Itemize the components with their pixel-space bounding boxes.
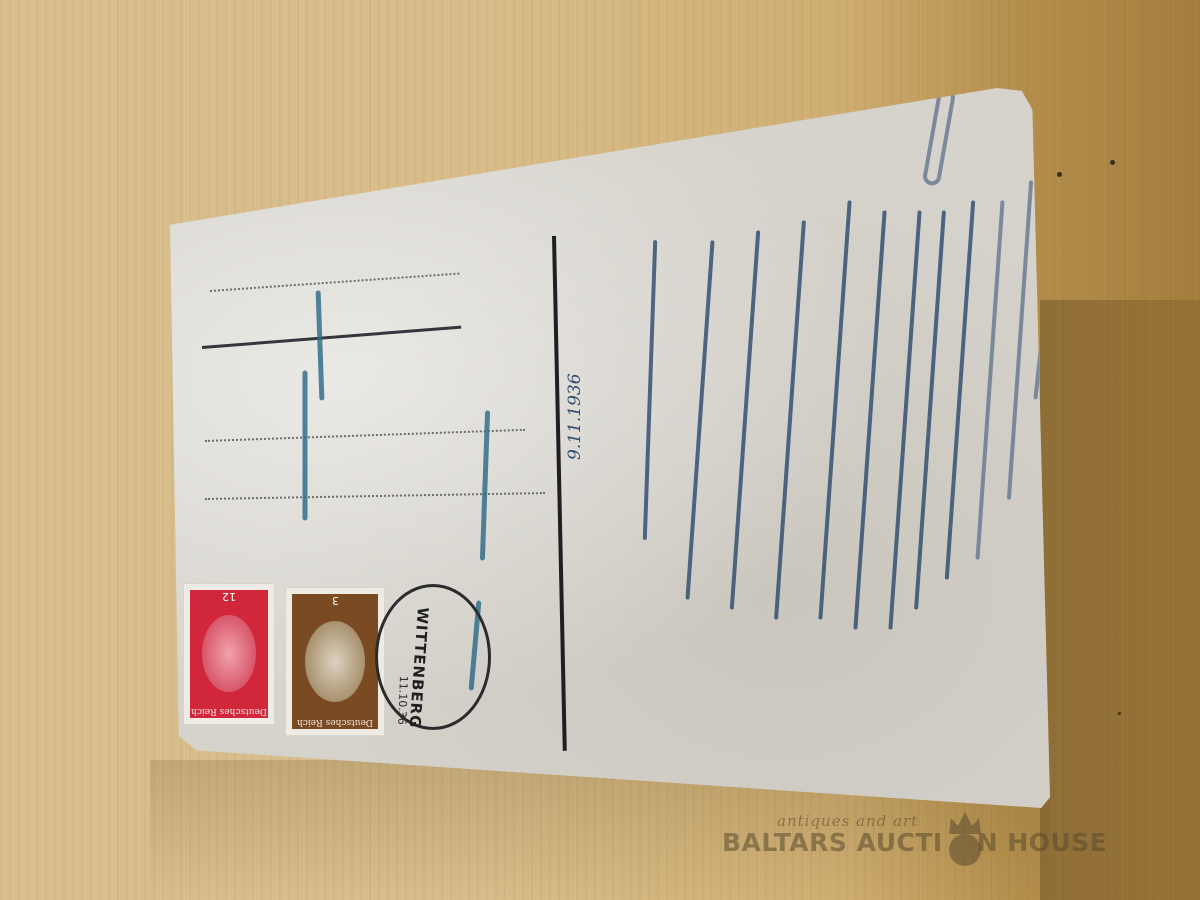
message-line bbox=[643, 240, 657, 540]
message-line bbox=[774, 220, 806, 619]
address-underline bbox=[202, 326, 461, 349]
message-line bbox=[975, 200, 1004, 559]
portrait-icon bbox=[202, 615, 257, 692]
divider-line bbox=[552, 236, 567, 751]
wood-speck bbox=[1057, 172, 1062, 177]
watermark-title-left: BALTARS AUCTI bbox=[722, 828, 943, 857]
watermark-title: BALTARS AUCTIN HOUSE bbox=[722, 828, 1122, 857]
watermark-orb-icon bbox=[949, 834, 981, 866]
address-handwriting bbox=[303, 371, 308, 521]
postmark-ring bbox=[375, 584, 491, 730]
stamp-12-pfennig: 12 Deutsches Reich bbox=[184, 584, 274, 724]
message-line bbox=[1007, 180, 1033, 499]
handwritten-date: 9.11.1936 bbox=[565, 373, 585, 460]
crown-icon bbox=[947, 812, 983, 836]
stamp-value: 3 bbox=[332, 594, 339, 607]
address-handwriting bbox=[316, 290, 325, 400]
watermark-title-right: N HOUSE bbox=[977, 828, 1108, 857]
wood-speck bbox=[1118, 712, 1121, 715]
message-line bbox=[945, 200, 975, 579]
portrait-icon bbox=[305, 621, 365, 702]
postmark-date: 11.10.36 bbox=[395, 676, 410, 725]
message-line bbox=[685, 240, 714, 599]
message-line bbox=[914, 210, 946, 609]
stamp-country: Deutsches Reich bbox=[295, 715, 375, 729]
stamp-country: Deutsches Reich bbox=[189, 704, 269, 718]
address-line bbox=[210, 273, 460, 292]
postcard: 9.11.1936 12 Deutsches Reich 3 Deutsches… bbox=[170, 88, 1050, 808]
watermark: antiques and art BALTARS AUCTIN HOUSE bbox=[722, 812, 1122, 857]
message-line bbox=[853, 210, 886, 629]
stamp-value: 12 bbox=[222, 590, 236, 603]
address-handwriting bbox=[480, 410, 490, 560]
address-line bbox=[205, 492, 545, 500]
message-line bbox=[818, 200, 851, 619]
stamp-3-pfennig: 3 Deutsches Reich bbox=[286, 588, 384, 735]
signature-flourish bbox=[922, 87, 957, 187]
message-line bbox=[730, 230, 760, 609]
wood-speck bbox=[1110, 160, 1115, 165]
card-shadow bbox=[1040, 300, 1200, 900]
address-line bbox=[205, 429, 525, 442]
